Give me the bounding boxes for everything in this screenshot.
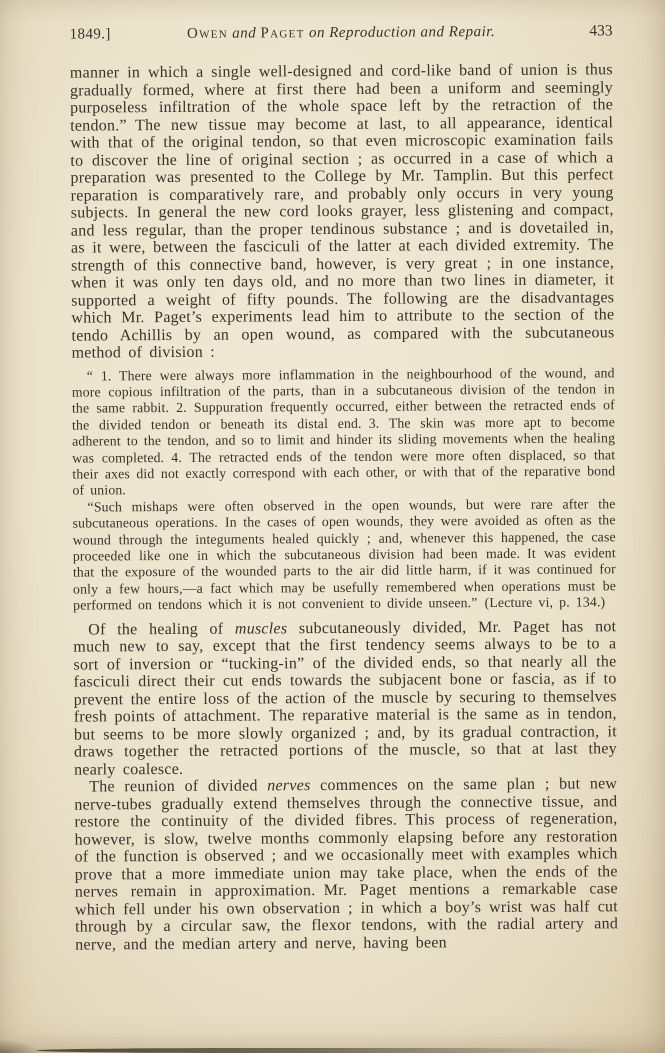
text-run: Owen bbox=[187, 26, 228, 42]
nerves-reunion-paragraph: The reunion of divided nerves commences … bbox=[74, 775, 618, 953]
quote-mishaps-paragraph: “Such mishaps were often observed in the… bbox=[72, 496, 616, 614]
text-run: and bbox=[228, 25, 261, 41]
quote-numbered-list-paragraph: “ 1. There were always more inflammation… bbox=[72, 365, 616, 500]
page-number: 433 bbox=[589, 22, 612, 40]
page-content: 1849.] Owen and Paget on Reproduction an… bbox=[0, 0, 665, 1053]
page-header: 1849.] Owen and Paget on Reproduction an… bbox=[70, 22, 613, 43]
text-run: muscles bbox=[235, 620, 288, 637]
scan-bottom-edge bbox=[36, 1048, 649, 1053]
text-run: Paget bbox=[260, 25, 304, 41]
text-run: The reunion of divided bbox=[89, 777, 267, 795]
muscles-healing-paragraph: Of the healing of muscles subcutaneously… bbox=[73, 618, 617, 779]
text-run: Of the healing of bbox=[88, 620, 235, 638]
text-run: commences on the same plan ; but new ner… bbox=[74, 775, 618, 953]
text-run: on Reproduction and Repair. bbox=[305, 24, 496, 41]
text-run: subcutaneously divided, Mr. Paget has no… bbox=[73, 618, 617, 778]
scanned-page: 1849.] Owen and Paget on Reproduction an… bbox=[0, 0, 665, 1053]
header-year-label: 1849.] bbox=[70, 26, 111, 43]
page-body-text: manner in which a single well-designed a… bbox=[70, 61, 618, 953]
text-run: nerves bbox=[267, 777, 310, 794]
scan-corner-shadow bbox=[0, 1039, 40, 1053]
text-run: manner in which a single well-designed a… bbox=[70, 61, 615, 361]
text-run: “Such mishaps were often observed in the… bbox=[73, 496, 616, 613]
intro-continuation-paragraph: manner in which a single well-designed a… bbox=[70, 61, 615, 362]
running-title: Owen and Paget on Reproduction and Repai… bbox=[187, 24, 495, 43]
text-run: “ 1. There were always more inflammation… bbox=[72, 365, 616, 498]
